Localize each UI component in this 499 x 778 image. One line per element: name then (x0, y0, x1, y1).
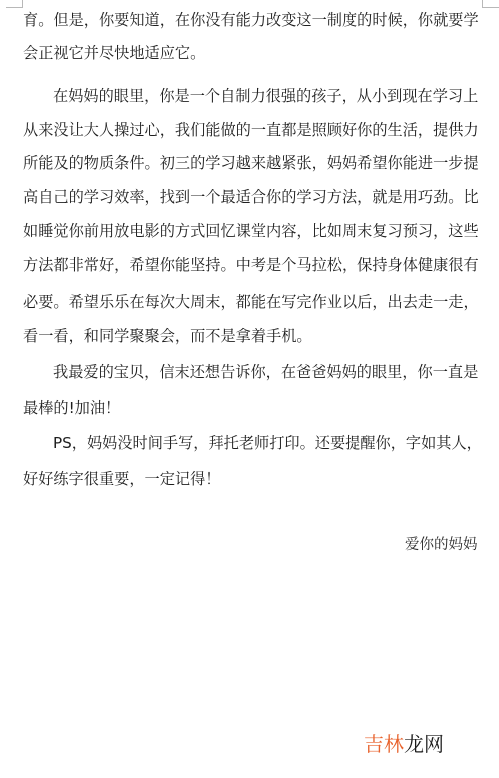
paragraph-3-line-2: 最棒的!加油！ (23, 397, 483, 419)
watermark-part-2: 龙网 (404, 732, 444, 756)
paragraph-3-line-1: 我最爱的宝贝，信末还想告诉你，在爸爸妈妈的眼里，你一直是 (53, 361, 483, 383)
site-watermark-logo: 吉林龙网 (364, 732, 444, 756)
margin-corner-mark-top-right (482, 0, 499, 8)
document-page: 育。但是，你要知道，在你没有能力改变这一制度的时候，你就要学 会正视它并尽快地适… (0, 0, 499, 778)
paragraph-2-line-5: 如睡觉你前用放电影的方式回忆课堂内容，比如周末复习预习，这些 (23, 220, 483, 242)
paragraph-2-line-8: 看一看，和同学聚聚会，而不是拿着手机。 (23, 325, 483, 347)
paragraph-2-line-4: 高自己的学习效率，找到一个最适合你的学习方法，就是用巧劲。比 (23, 186, 483, 208)
paragraph-1-line-2: 会正视它并尽快地适应它。 (23, 42, 483, 64)
paragraph-2-line-1: 在妈妈的眼里，你是一个自制力很强的孩子，从小到现在学习上 (53, 85, 483, 107)
paragraph-4-line-1: PS，妈妈没时间手写，拜托老师打印。还要提醒你，字如其人， (53, 432, 483, 454)
paragraph-2-line-6: 方法都非常好，希望你能坚持。中考是个马拉松，保持身体健康很有 (23, 254, 483, 276)
paragraph-2-line-7: 必要。希望乐乐在每次大周末，都能在写完作业以后，出去走一走， (23, 291, 483, 313)
paragraph-2-line-3: 所能及的物质条件。初三的学习越来越紧张，妈妈希望你能进一步提 (23, 152, 483, 174)
paragraph-1-line-1: 育。但是，你要知道，在你没有能力改变这一制度的时候，你就要学 (23, 9, 483, 31)
paragraph-2-line-2: 从来没让大人操过心，我们能做的一直都是照顾好你的生活，提供力 (23, 119, 483, 141)
paragraph-4-line-2: 好好练字很重要，一定记得！ (23, 468, 483, 490)
watermark-part-1: 吉林 (364, 732, 404, 756)
margin-corner-mark-top-left (6, 0, 23, 8)
letter-signature: 爱你的妈妈 (405, 534, 478, 556)
